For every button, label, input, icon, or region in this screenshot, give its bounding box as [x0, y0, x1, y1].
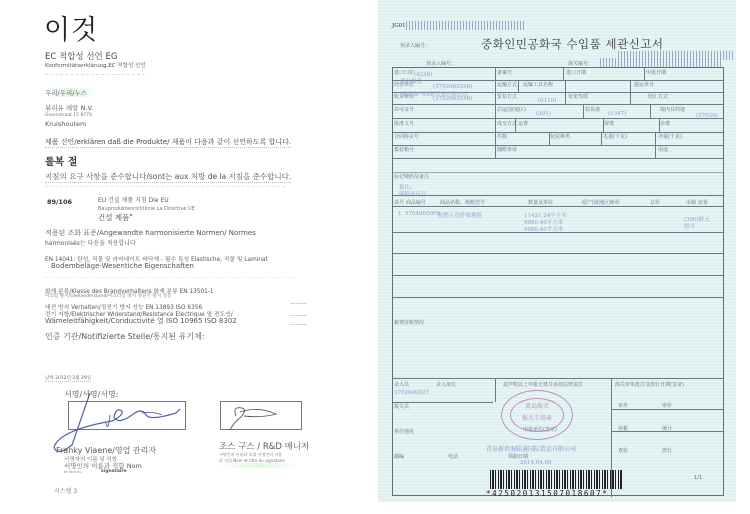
label-container-no: 集装箱号	[394, 146, 414, 153]
label-bill-no: 提运单号	[634, 81, 654, 88]
signer1-caption3: et titre du	[64, 470, 81, 474]
goods-qty3: 9960.40平方米	[524, 225, 563, 233]
tax-label: 征税	[618, 425, 628, 432]
preentry-label: 预录入编号：	[400, 42, 430, 49]
value-dashes: __ ____	[290, 297, 306, 304]
value-marks-2: 随附单证号	[399, 190, 427, 198]
goods-header-origin: 原产国(地区)	[582, 199, 611, 206]
value-consignee-code: (3702963556)	[433, 96, 472, 102]
we-line: 우리/우리/누스	[45, 88, 97, 97]
value-dashes: __ ____	[290, 309, 306, 316]
postcode-label: 邮编	[394, 453, 404, 460]
label-destination: 境内目的地	[660, 106, 685, 113]
entry-no-label: 预录入编号：	[426, 60, 456, 67]
declaration-subheading: Konformitätserklärung EC 적합성 선언	[45, 61, 146, 69]
company-stamp-text: 青岛新世海陆通国际货运有限公司	[486, 444, 576, 453]
label-port-loading: 装货港	[585, 106, 600, 113]
label-gross-weight: 毛重(千克)	[603, 133, 627, 140]
form-title: 중화인민공화국 수입품 세관신고서	[481, 36, 663, 52]
fill-date-label: 填制日期	[508, 453, 528, 460]
label-business-unit: 经营单位	[394, 81, 414, 88]
goods-header-exemption: 征免	[698, 199, 708, 206]
green-smudge	[219, 463, 299, 468]
label-insurance: 保费	[604, 120, 614, 127]
goods-header-name: 商品名称、规格型号	[440, 199, 485, 206]
stats-label: 统计	[662, 425, 672, 432]
blank-line	[45, 74, 145, 75]
date-line: 날짜 2012년 2월 29일	[45, 375, 91, 382]
label-approval-no: 批准文号	[394, 120, 414, 127]
declare-line: 제품 선언/erklären daß die Produkte/ 제품이 다음과…	[45, 137, 291, 148]
goods-item: 1	[398, 211, 402, 217]
comply-line: 지침의 요구 사항을 준수합니다/sont는 aux 처방 de la 지침을 …	[45, 171, 291, 183]
value-dashes: __ ____	[290, 318, 306, 325]
goods-header-code: 商品编号	[406, 199, 426, 206]
label-license-no: 许可证号	[394, 106, 414, 113]
label-import-date: 进口日期	[566, 69, 586, 76]
label-settlement: 结汇方式	[648, 93, 668, 100]
goods-header-item: 项号	[394, 199, 404, 206]
footer-text: 시스템 3	[54, 486, 77, 495]
goods-name: 阻燃人造纤维地毯	[438, 211, 482, 219]
slip-line: 미끄럼 방지/Gleitwiderstand/미끄러짐 방지 정전기 방지 성능	[45, 293, 172, 299]
declarant-code: 3702000027	[394, 390, 429, 396]
notified-body-line: 인증 기관/Notifizierte Stelle/통지된 유기체:	[45, 331, 204, 342]
label-origin-country: 启运国(地区)	[497, 106, 526, 113]
label-documents: 随附单证	[497, 146, 517, 153]
conductivity-line: Wämeleitfähigkeit/Conductivité 열 ISO 109…	[45, 316, 237, 326]
blank-line	[45, 186, 285, 187]
customs-no-label: 海关编号：	[568, 60, 593, 67]
directive-line1: EU 건설 제품 지침 Die EU	[98, 195, 169, 204]
applicant-label: 报关员	[394, 403, 409, 410]
label-marks: 标记唛码及备注	[394, 173, 429, 180]
release-label: 放行	[662, 447, 672, 454]
label-usage: 用途	[658, 146, 668, 153]
signer2-name: 조스 구스 / R&D 매니저	[219, 440, 309, 452]
goods-header-currency: 币制	[686, 199, 696, 206]
directive-line3: 건설 제품"	[98, 212, 133, 223]
label-trade-mode: 贸易方式	[497, 93, 517, 100]
label-contract-no: 合同协议号	[394, 133, 419, 140]
phone-label: 电话	[448, 453, 458, 460]
goods-header-total: 总价	[650, 199, 660, 206]
label-net-weight: 净重(千克)	[658, 133, 682, 140]
label-consignee: 收货单位	[394, 93, 414, 100]
top-barcode-strip	[406, 21, 524, 30]
label-transport-mode: 运输方式	[497, 81, 517, 88]
declaration-statement: 兹声明以上申报无讹并承担法律责任	[503, 381, 583, 388]
page-indicator: 1/1	[694, 475, 702, 481]
customs-no-barcode	[600, 58, 723, 67]
label-misc-fee: 杂费	[660, 120, 670, 127]
tax-section-label: 税费征收情况	[394, 319, 424, 326]
barcode-number: *425020131507018607*	[486, 489, 608, 498]
blank-line	[45, 277, 295, 278]
en14041-line2: Bodembeläge-Wesentiche Eigenschaften	[51, 262, 194, 270]
label-tax-nature: 征免性质	[568, 93, 588, 100]
ec-declaration-document: 이것 EC 적합성 선언 EG ......... Konformitätser…	[0, 0, 375, 514]
signer1-caption4: signataire	[101, 469, 127, 474]
standards-line1: 적용된 조화 표준/Angewandte harmonisierte Norme…	[45, 228, 256, 238]
unit-address-label: 单位地址	[394, 428, 414, 435]
label-pieces: 件数	[497, 133, 507, 140]
label-package-type: 包装种类	[550, 133, 570, 140]
inspection-label: 查验	[618, 447, 628, 454]
goods-exemption: 照章	[684, 222, 695, 230]
product-name: 롤복 절	[45, 153, 77, 168]
company-address: Groenstraat 15 8770	[45, 113, 92, 118]
value-origin-country: (301)	[536, 111, 551, 117]
document-title: 이것	[44, 8, 98, 47]
label-transport-name: 运输工具名称	[523, 81, 553, 88]
goods-header-unit-price: 单价	[610, 199, 620, 206]
label-deal-mode: 成交方式	[497, 120, 517, 127]
declarant-label: 录入员	[394, 381, 409, 388]
value-trade-mode: (0110)	[538, 98, 556, 104]
customs-declaration-form: JG01 预录入编号： 중화인민공화국 수입품 세관신고서 预录入编号： 海关编…	[378, 0, 736, 502]
label-freight: 运费	[518, 120, 528, 127]
company-name: 뷰리유 레알 N.V.	[45, 103, 93, 112]
customs-stamp: 黄岛海关 报关专用章	[501, 390, 573, 440]
value-destination: (37029)	[696, 113, 718, 119]
standards-line2: harmonisés는 다음을 적용합니다	[45, 238, 136, 247]
directive-code: 89/106	[47, 198, 72, 206]
company-city: Kruishoutem	[45, 120, 86, 128]
value-port-loading: (1347)	[608, 111, 626, 117]
reviewer-label: 审单	[618, 402, 628, 409]
pricing-label: 审价	[662, 402, 672, 409]
customs-approval-label: 海关审单批注及放行日期(签章)	[615, 381, 684, 388]
signature-2-icon	[218, 400, 308, 430]
goods-header-qty: 数量及单位	[528, 199, 553, 206]
goods-code: 5704900000	[405, 211, 440, 217]
declarant-unit-label: 录入单位	[436, 381, 456, 388]
fill-date: 2014.04.09	[520, 460, 552, 466]
label-record-no: 备案号	[497, 69, 512, 76]
form-code: JG01	[392, 23, 406, 29]
label-declare-date: 申报日期	[646, 69, 666, 76]
barcode	[490, 470, 622, 489]
label-import-port: 进口口岸	[394, 69, 414, 76]
